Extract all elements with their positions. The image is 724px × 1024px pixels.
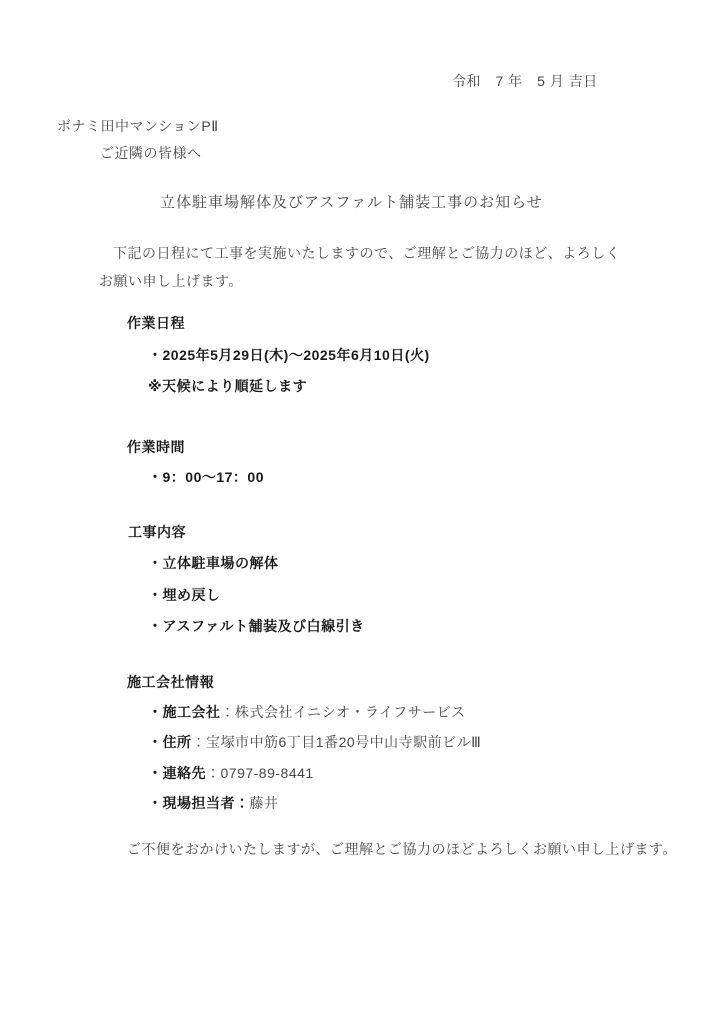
section-heading-company-info: 施工会社情報 <box>127 672 214 693</box>
company-item-value: ：株式会社イニシオ・ライフサービス <box>221 704 466 720</box>
schedule-period: ・2025年5月29日(木)～2025年6月10日(火) <box>148 345 430 366</box>
company-info-item: ・連絡先：0797-89-8441 <box>148 763 314 784</box>
work-content-item: ・アスファルト舗装及び白線引き <box>148 616 365 637</box>
company-item-value: ：宝塚市中筋6丁目1番20号中山寺駅前ビルⅢ <box>192 734 482 750</box>
company-info-item: ・住所：宝塚市中筋6丁目1番20号中山寺駅前ビルⅢ <box>148 732 481 753</box>
company-item-label: ・住所 <box>148 734 192 750</box>
company-item-value: ：0797-89-8441 <box>206 765 314 781</box>
company-info-item: ・現場担当者：藤井 <box>148 793 279 814</box>
section-heading-work-hours: 作業時間 <box>127 437 185 458</box>
intro-paragraph-line-1: 下記の日程にて工事を実施いたしますので、ご理解とご協力のほど、よろしく <box>113 243 620 264</box>
intro-paragraph-line-2: お願い申し上げます。 <box>99 271 243 292</box>
closing-remark: ご不便をおかけいたしますが、ご理解とご協力のほどよろしくお願い申し上げます。 <box>127 839 677 860</box>
notice-document-page: 令和 7 年 5 月 吉日 ボナミ田中マンションPⅡ ご近隣の皆様へ 立体駐車場… <box>0 0 724 1024</box>
company-item-value: 藤井 <box>250 795 279 811</box>
company-info-item: ・施工会社：株式会社イニシオ・ライフサービス <box>148 702 466 723</box>
recipient-addressee: ご近隣の皆様へ <box>100 143 202 164</box>
work-content-item: ・立体駐車場の解体 <box>148 553 279 574</box>
company-item-label: ・現場担当者： <box>148 795 250 811</box>
company-item-label: ・連絡先 <box>148 765 206 781</box>
section-heading-work-content: 工事内容 <box>128 522 186 543</box>
date-line: 令和 7 年 5 月 吉日 <box>452 71 598 92</box>
section-heading-work-schedule: 作業日程 <box>127 313 185 334</box>
document-title: 立体駐車場解体及びアスファルト舗装工事のお知らせ <box>160 192 543 215</box>
schedule-weather-note: ※天候により順延します <box>148 376 307 397</box>
recipient-building-name: ボナミ田中マンションPⅡ <box>57 116 219 137</box>
work-content-item: ・埋め戻し <box>148 585 221 606</box>
company-item-label: ・施工会社 <box>148 704 221 720</box>
work-hours-time: ・9：00～17：00 <box>148 467 264 488</box>
